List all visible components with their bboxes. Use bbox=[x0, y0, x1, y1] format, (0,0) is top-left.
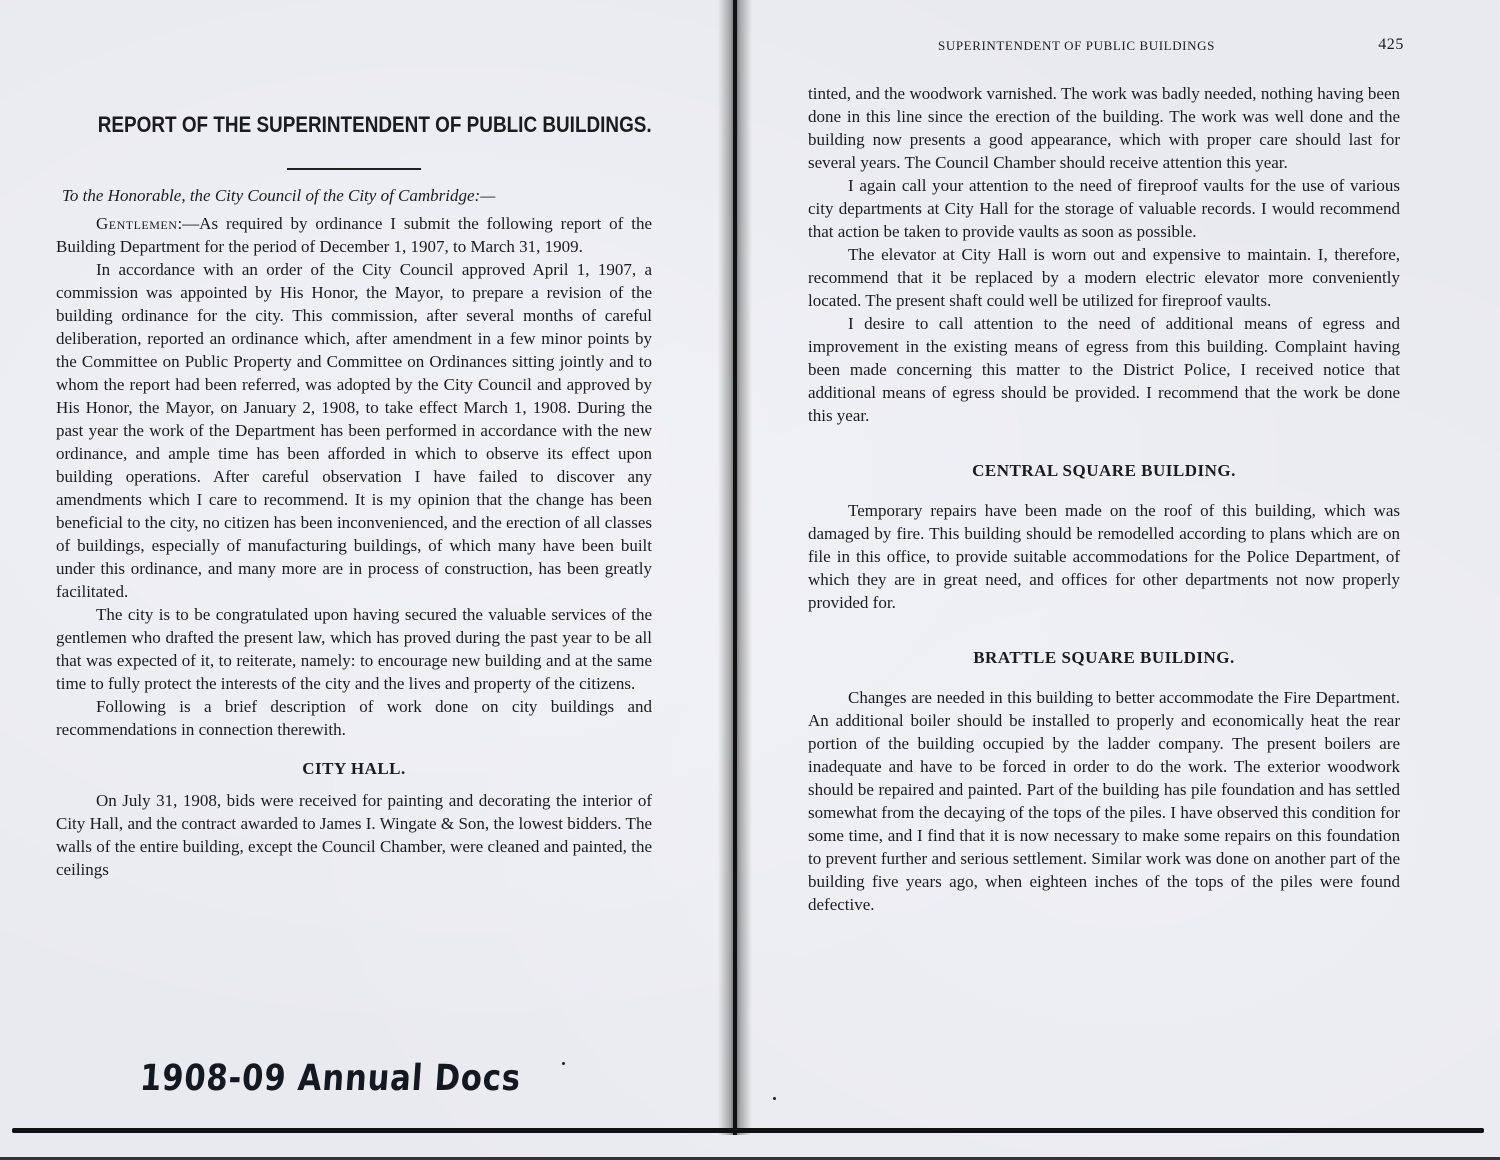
opening-paragraph: Gentlemen:—As required by ordinance I su… bbox=[56, 212, 652, 258]
book-spine-line bbox=[733, 0, 737, 1135]
paragraph-brattle-square: Changes are needed in this building to b… bbox=[808, 686, 1400, 916]
scan-speck bbox=[562, 1062, 565, 1065]
bottom-rule bbox=[12, 1128, 1484, 1133]
paragraph-elevator: The elevator at City Hall is worn out an… bbox=[808, 243, 1400, 312]
paragraph-vaults: I again call your attention to the need … bbox=[808, 174, 1400, 243]
paragraph-egress: I desire to call attention to the need o… bbox=[808, 312, 1400, 427]
running-head: SUPERINTENDENT OF PUBLIC BUILDINGS 425 bbox=[808, 36, 1400, 58]
title-divider bbox=[287, 168, 421, 170]
salutation: To the Honorable, the City Council of th… bbox=[62, 186, 652, 206]
opening-lead: Gentlemen bbox=[96, 214, 177, 233]
paragraph-continued: tinted, and the woodwork varnished. The … bbox=[808, 82, 1400, 174]
left-page: REPORT OF THE SUPERINTENDENT OF PUBLIC B… bbox=[56, 100, 652, 881]
running-head-title: SUPERINTENDENT OF PUBLIC BUILDINGS bbox=[938, 38, 1215, 54]
paragraph-following: Following is a brief description of work… bbox=[56, 695, 652, 741]
page-number: 425 bbox=[1378, 36, 1404, 54]
right-page-body: tinted, and the woodwork varnished. The … bbox=[808, 82, 1400, 916]
paragraph-commission: In accordance with an order of the City … bbox=[56, 258, 652, 603]
section-heading-city-hall: CITY HALL. bbox=[56, 759, 652, 779]
section-heading-brattle-square: BRATTLE SQUARE BUILDING. bbox=[808, 648, 1400, 668]
paragraph-central-square: Temporary repairs have been made on the … bbox=[808, 499, 1400, 614]
handwritten-annotation: 1908-09 Annual Docs bbox=[139, 1058, 523, 1099]
report-title: REPORT OF THE SUPERINTENDENT OF PUBLIC B… bbox=[98, 112, 611, 138]
paragraph-city-hall: On July 31, 1908, bids were received for… bbox=[56, 789, 652, 881]
scan-speck bbox=[773, 1097, 776, 1100]
section-heading-central-square: CENTRAL SQUARE BUILDING. bbox=[808, 461, 1400, 481]
right-page: SUPERINTENDENT OF PUBLIC BUILDINGS 425 t… bbox=[808, 36, 1400, 916]
paragraph-congratulations: The city is to be congratulated upon hav… bbox=[56, 603, 652, 695]
